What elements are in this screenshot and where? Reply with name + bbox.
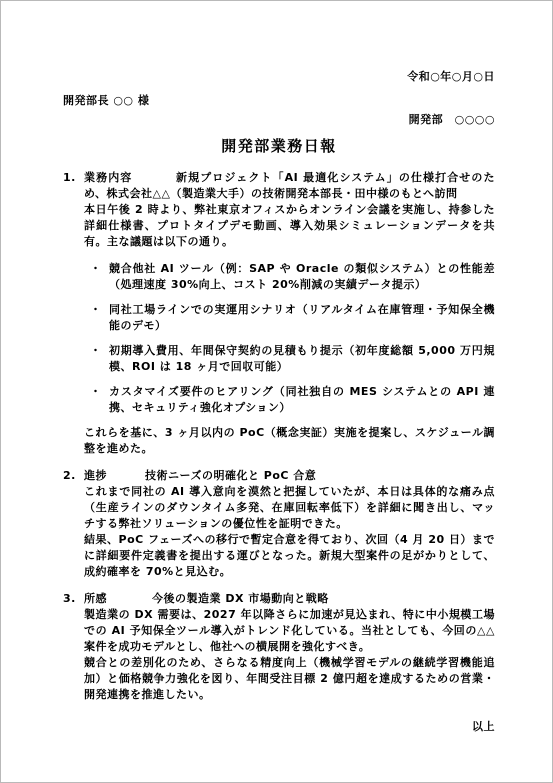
bullet-text: 同社工場ラインでの実運用シナリオ（リアルタイム在庫管理・予知保全機能のデモ） xyxy=(109,303,495,332)
document-closing: 以上 xyxy=(63,719,495,735)
list-item: ・初期導入費用、年間保守契約の見積もり提示（初年度総額 5,000 万円規模、R… xyxy=(84,343,495,375)
section-label: 業務内容 xyxy=(84,171,132,184)
section-paragraph: 製造業の DX 需要は、2027 年以降さらに加速が見込まれ、特に中小規模工場で… xyxy=(84,607,495,655)
section-number: 2. xyxy=(63,468,76,484)
document-title: 開発部業務日報 xyxy=(63,138,495,154)
date-line: 令和○年○月○日 xyxy=(63,69,495,85)
sender-line: 開発部 ○○○○ xyxy=(63,112,495,128)
section-heading: 進捗技術ニーズの明確化と PoC 合意 xyxy=(84,468,495,484)
section-number: 3. xyxy=(63,591,76,607)
list-item: ・競合他社 AI ツール（例：SAP や Oracle の類似システム）との性能… xyxy=(84,261,495,293)
bullet-marker: ・ xyxy=(90,302,102,318)
bullet-marker: ・ xyxy=(90,343,102,359)
bullet-text: カスタマイズ要件のヒアリング（同社独自の MES システムとの API 連携、セ… xyxy=(109,385,495,414)
heading-gap xyxy=(107,478,145,479)
section-headline: 今後の製造業 DX 市場動向と戦略 xyxy=(152,592,329,605)
bullet-text: 初期導入費用、年間保守契約の見積もり提示（初年度総額 5,000 万円規模、RO… xyxy=(109,344,495,373)
list-item: ・カスタマイズ要件のヒアリング（同社独自の MES システムとの API 連携、… xyxy=(84,384,495,416)
section-paragraph: 結果、PoC フェーズへの移行で暫定合意を得ており、次回（4 月 20 日）まで… xyxy=(84,532,495,580)
list-item: ・同社工場ラインでの実運用シナリオ（リアルタイム在庫管理・予知保全機能のデモ） xyxy=(84,302,495,334)
section-headline: 技術ニーズの明確化と PoC 合意 xyxy=(145,469,316,482)
addressee-line: 開発部長 ○○ 様 xyxy=(63,93,495,109)
section-paragraph: 本日午後 2 時より、弊社東京オフィスからオンライン会議を実施し、持参した詳細仕… xyxy=(84,202,495,250)
section-heading: 業務内容新規プロジェクト「AI 最適化システム」の仕様打合せのため、株式会社△△… xyxy=(84,170,495,202)
section-number: 1. xyxy=(63,170,76,186)
bullet-marker: ・ xyxy=(90,384,102,400)
section-progress: 2. 進捗技術ニーズの明確化と PoC 合意 これまで同社の AI 導入意向を漠… xyxy=(63,468,495,580)
document-page: 令和○年○月○日 開発部長 ○○ 様 開発部 ○○○○ 開発部業務日報 1. 業… xyxy=(0,0,553,783)
section-label: 進捗 xyxy=(84,469,107,482)
section-closing-paragraph: これらを基に、3 ヶ月以内の PoC（概念実証）実施を提案し、スケジュール調整を… xyxy=(84,425,495,457)
section-impressions: 3. 所感今後の製造業 DX 市場動向と戦略 製造業の DX 需要は、2027 … xyxy=(63,591,495,703)
section-label: 所感 xyxy=(84,592,107,605)
section-paragraph: これまで同社の AI 導入意向を漠然と把握していたが、本日は具体的な痛み点（生産… xyxy=(84,484,495,532)
heading-gap xyxy=(132,180,175,181)
section-heading: 所感今後の製造業 DX 市場動向と戦略 xyxy=(84,591,495,607)
bullet-list: ・競合他社 AI ツール（例：SAP や Oracle の類似システム）との性能… xyxy=(84,261,495,416)
bullet-marker: ・ xyxy=(90,261,102,277)
bullet-text: 競合他社 AI ツール（例：SAP や Oracle の類似システム）との性能差… xyxy=(109,262,495,291)
heading-gap xyxy=(107,601,152,602)
section-business-content: 1. 業務内容新規プロジェクト「AI 最適化システム」の仕様打合せのため、株式会… xyxy=(63,170,495,457)
section-headline: 新規プロジェクト「AI 最適化システム」の仕様打合せのため、株式会社△△（製造業… xyxy=(84,171,495,200)
section-paragraph: 競合との差別化のため、さらなる精度向上（機械学習モデルの継続学習機能追加）と価格… xyxy=(84,655,495,703)
